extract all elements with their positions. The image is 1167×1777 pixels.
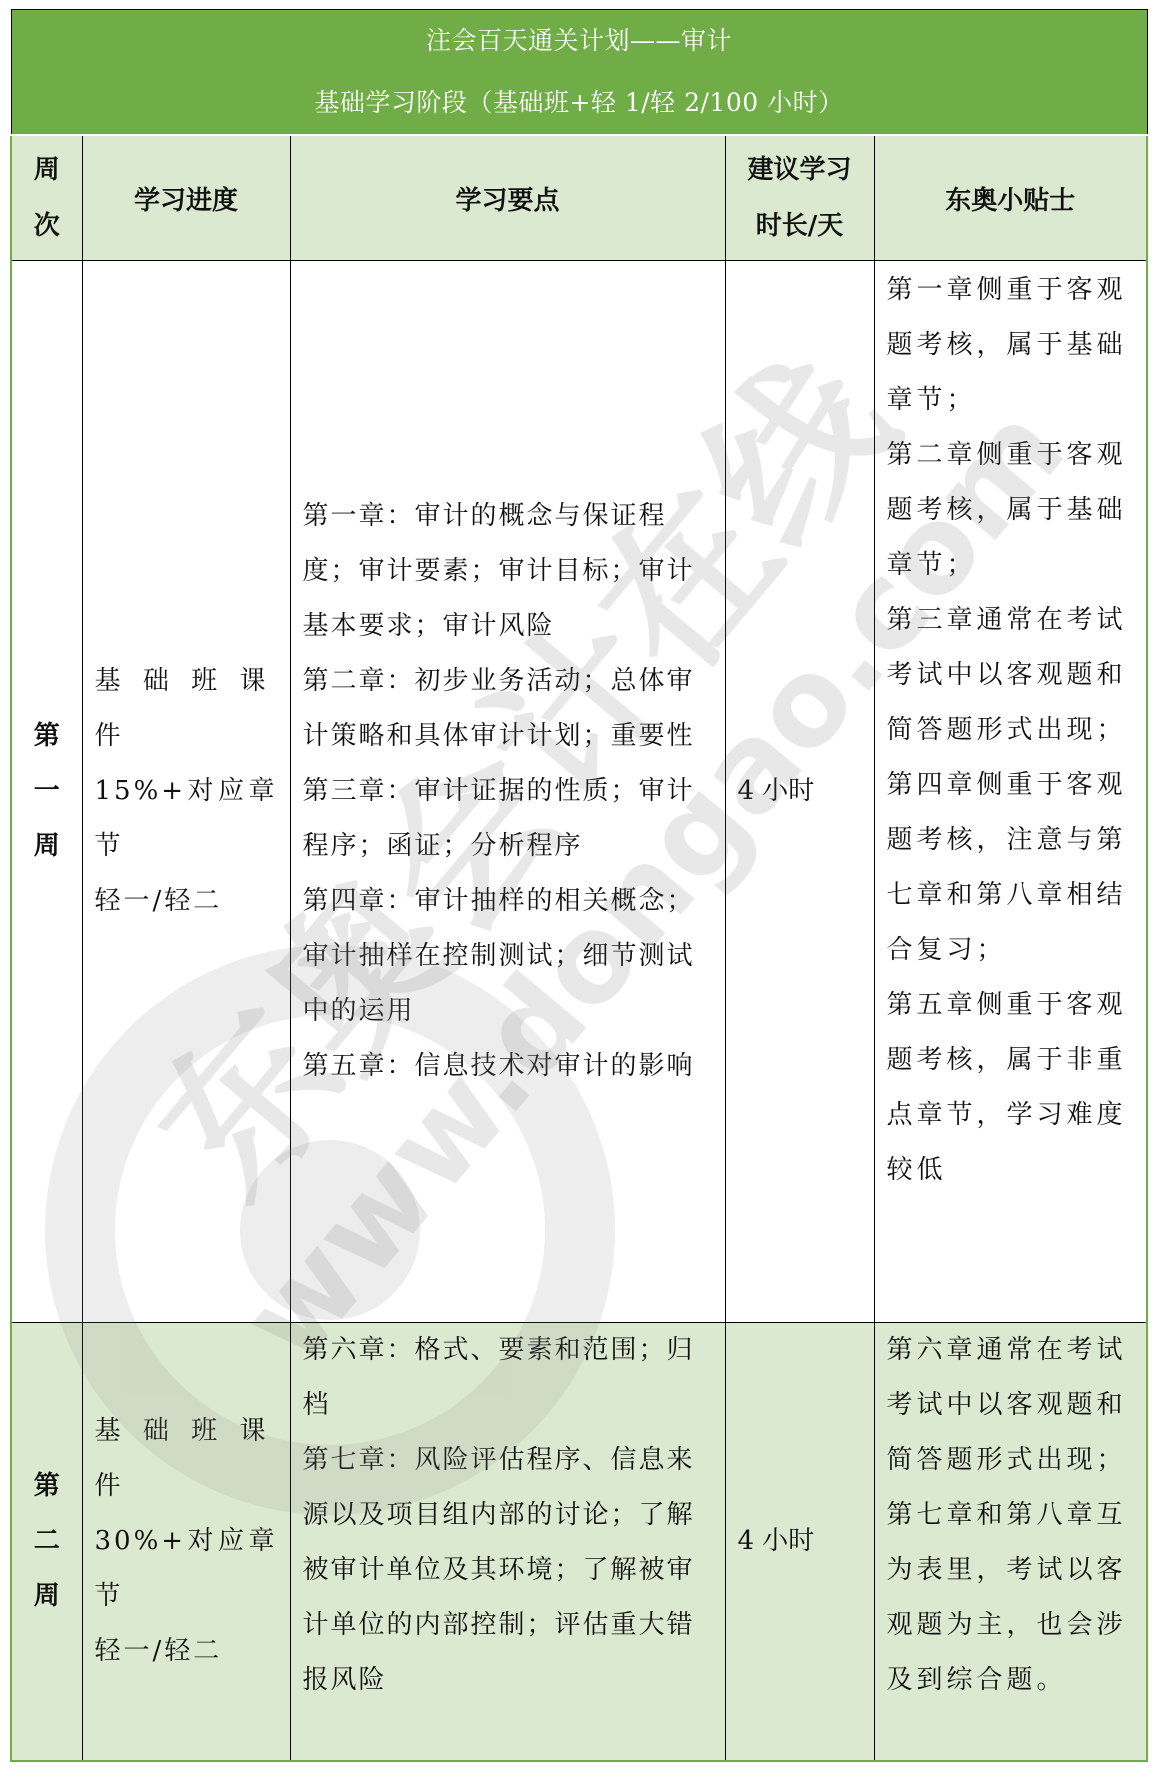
- title-line-1: 注会百天通关计划——审计: [12, 10, 1147, 72]
- header-points: 学习要点: [290, 135, 725, 261]
- tips-cell: 第六章通常在考试考试中以客观题和简答题形式出现； 第七章和第八章互为表里，考试以…: [874, 1323, 1147, 1761]
- header-week: 周 次: [11, 135, 82, 261]
- progress-line: 基础班课件: [95, 1404, 278, 1514]
- key-point-item: 第七章：风险评估程序、信息来源以及项目组内部的讨论；了解被审计单位及其环境；了解…: [303, 1433, 713, 1708]
- key-point-item: 第一章：审计的概念与保证程度；审计要素；审计目标；审计基本要求；审计风险: [303, 489, 713, 654]
- header-duration-line-2: 时长/天: [726, 198, 874, 254]
- progress-line: 15%+对应章节: [95, 764, 278, 874]
- key-point-item: 第五章：信息技术对审计的影响: [303, 1039, 713, 1094]
- hours-cell: 4 小时: [725, 261, 874, 1323]
- hours-cell: 4 小时: [725, 1323, 874, 1761]
- tip-item: 第二章侧重于客观题考核，属于基础章节；: [887, 428, 1135, 593]
- header-row: 周 次 学习进度 学习要点 建议学习 时长/天 东奥小贴士: [11, 135, 1147, 261]
- key-points-cell: 第一章：审计的概念与保证程度；审计要素；审计目标；审计基本要求；审计风险 第二章…: [290, 261, 725, 1323]
- header-duration-line-1: 建议学习: [726, 142, 874, 198]
- header-week-char-1: 周: [12, 142, 82, 198]
- title-row: 注会百天通关计划——审计 基础学习阶段（基础班+轻 1/轻 2/100 小时）: [11, 10, 1147, 136]
- header-duration: 建议学习 时长/天: [725, 135, 874, 261]
- progress-line: 30%+对应章节: [95, 1514, 278, 1624]
- key-point-item: 第二章：初步业务活动；总体审计策略和具体审计计划；重要性: [303, 654, 713, 764]
- progress-line: 轻一/轻二: [95, 874, 278, 929]
- week-char: 周: [12, 1569, 82, 1624]
- progress-line: 基础班课件: [95, 654, 278, 764]
- week-char: 二: [12, 1514, 82, 1569]
- header-progress: 学习进度: [82, 135, 290, 261]
- key-point-item: 第四章：审计抽样的相关概念；审计抽样在控制测试；细节测试中的运用: [303, 874, 713, 1039]
- week-cell: 第 二 周: [11, 1323, 82, 1761]
- tip-item: 第五章侧重于客观题考核，属于非重点章节，学习难度较低: [887, 978, 1135, 1198]
- progress-cell: 基础班课件 30%+对应章节 轻一/轻二: [82, 1323, 290, 1761]
- progress-line: 轻一/轻二: [95, 1624, 278, 1679]
- tips-cell: 第一章侧重于客观题考核，属于基础章节； 第二章侧重于客观题考核，属于基础章节； …: [874, 261, 1147, 1323]
- header-week-char-2: 次: [12, 198, 82, 254]
- header-tips: 东奥小贴士: [874, 135, 1147, 261]
- study-plan-table: 注会百天通关计划——审计 基础学习阶段（基础班+轻 1/轻 2/100 小时） …: [10, 9, 1148, 1762]
- title-line-2: 基础学习阶段（基础班+轻 1/轻 2/100 小时）: [12, 72, 1147, 134]
- tip-item: 第六章通常在考试考试中以客观题和简答题形式出现；: [887, 1323, 1135, 1488]
- tip-item: 第七章和第八章互为表里，考试以客观题为主，也会涉及到综合题。: [887, 1488, 1135, 1708]
- key-points-cell: 第六章：格式、要素和范围；归档 第七章：风险评估程序、信息来源以及项目组内部的讨…: [290, 1323, 725, 1761]
- progress-cell: 基础班课件 15%+对应章节 轻一/轻二: [82, 261, 290, 1323]
- tip-item: 第三章通常在考试考试中以客观题和简答题形式出现；: [887, 593, 1135, 758]
- table-title: 注会百天通关计划——审计 基础学习阶段（基础班+轻 1/轻 2/100 小时）: [11, 10, 1147, 136]
- tip-item: 第四章侧重于客观题考核，注意与第七章和第八章相结合复习；: [887, 758, 1135, 978]
- week-cell: 第 一 周: [11, 261, 82, 1323]
- key-point-item: 第六章：格式、要素和范围；归档: [303, 1323, 713, 1433]
- tip-item: 第一章侧重于客观题考核，属于基础章节；: [887, 263, 1135, 428]
- week-char: 一: [12, 764, 82, 819]
- table-row: 第 一 周 基础班课件 15%+对应章节 轻一/轻二 第一章：审计的概念与保证程…: [11, 261, 1147, 1323]
- week-char: 周: [12, 819, 82, 874]
- table-row: 第 二 周 基础班课件 30%+对应章节 轻一/轻二 第六章：格式、要素和范围；…: [11, 1323, 1147, 1761]
- key-point-item: 第三章：审计证据的性质；审计程序；函证；分析程序: [303, 764, 713, 874]
- week-char: 第: [12, 709, 82, 764]
- week-char: 第: [12, 1459, 82, 1514]
